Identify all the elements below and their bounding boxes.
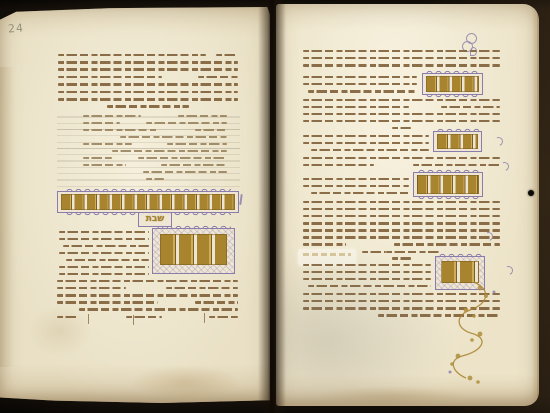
- text-segment: [126, 316, 162, 319]
- text-line: [303, 199, 500, 206]
- text-segment: [58, 76, 162, 79]
- gold-initial-word: [160, 234, 227, 265]
- text-segment: [303, 271, 431, 274]
- text-line: [57, 300, 238, 307]
- gold-display-letters: [417, 175, 479, 194]
- text-block-para2: [83, 113, 227, 183]
- gutter-shadow: [258, 0, 286, 413]
- text-segment: [303, 135, 429, 138]
- folio-number: 24: [8, 21, 25, 35]
- text-line: [83, 113, 227, 120]
- text-segment: [392, 257, 412, 260]
- penwork-curl-icon: [499, 161, 511, 173]
- text-segment: [59, 231, 149, 234]
- text-segment: [195, 301, 238, 304]
- text-segment: [57, 301, 158, 304]
- text-segment: [57, 287, 126, 290]
- text-line: [303, 190, 409, 197]
- text-segment: [303, 50, 500, 53]
- text-segment: [303, 76, 417, 79]
- text-segment: [59, 252, 149, 255]
- text-line: [303, 81, 417, 88]
- text-line: [303, 133, 429, 140]
- parchment-stain: [0, 67, 16, 367]
- text-block-p3side: [303, 176, 409, 197]
- text-line: [59, 264, 149, 271]
- text-segment: [59, 238, 149, 241]
- descender-stroke-icon: [88, 314, 89, 324]
- text-segment: [58, 54, 206, 57]
- text-segment: [59, 273, 149, 276]
- text-segment: [146, 178, 163, 181]
- text-segment: [83, 164, 126, 167]
- text-line: [83, 141, 227, 148]
- text-segment: [303, 264, 431, 267]
- text-segment: [216, 54, 238, 57]
- text-segment: [83, 157, 112, 160]
- text-line: [303, 242, 500, 249]
- text-segment: [303, 106, 409, 109]
- gold-display-letters: [437, 134, 478, 149]
- text-segment: [386, 251, 441, 254]
- text-segment: [303, 164, 374, 167]
- text-line: [303, 176, 409, 183]
- text-segment: [303, 113, 500, 116]
- penwork-scallops-icon: [417, 168, 480, 173]
- text-segment: [58, 68, 238, 71]
- text-segment: [146, 122, 227, 125]
- text-segment: [112, 150, 227, 153]
- text-segment: [392, 127, 412, 130]
- text-segment: [120, 136, 227, 139]
- penwork-scallops-icon: [438, 252, 482, 257]
- text-segment: [161, 164, 227, 167]
- text-segment: [58, 98, 238, 101]
- text-segment: [303, 229, 500, 232]
- text-segment: [311, 149, 429, 152]
- text-segment: [83, 122, 120, 125]
- text-segment: [58, 91, 238, 94]
- descender-stroke-icon: [204, 313, 205, 323]
- text-line: [303, 269, 431, 276]
- text-line: [58, 74, 238, 81]
- text-segment: [58, 61, 238, 64]
- text-line: [303, 118, 500, 125]
- text-line: [58, 59, 238, 66]
- text-segment: [209, 316, 238, 319]
- text-line: [303, 262, 431, 269]
- text-segment: [59, 266, 149, 269]
- gilded-word-panel-b: [433, 131, 482, 152]
- illuminated-heading-band: [57, 191, 239, 213]
- text-line: [303, 183, 409, 190]
- text-segment: [83, 143, 132, 146]
- left-page: 24 שבת: [0, 7, 270, 403]
- text-segment: [303, 64, 500, 67]
- gold-marginal-flourish: [444, 280, 522, 388]
- text-segment: [303, 201, 500, 204]
- text-segment: [303, 178, 409, 181]
- text-line: [57, 307, 238, 314]
- text-line: [58, 96, 238, 103]
- text-line: [303, 97, 500, 104]
- text-line: [59, 236, 149, 243]
- text-line: [303, 220, 500, 227]
- text-line: [83, 169, 227, 176]
- text-block-p4: [303, 199, 500, 249]
- text-segment: [303, 215, 500, 218]
- text-segment: [57, 316, 79, 319]
- text-segment: [441, 106, 500, 109]
- penwork-scallops-icon: [156, 224, 231, 229]
- text-line: [303, 213, 500, 220]
- text-segment: [138, 157, 227, 160]
- text-line: [303, 227, 500, 234]
- text-line: [303, 104, 500, 111]
- text-segment: [303, 83, 417, 86]
- text-segment: [143, 171, 227, 174]
- text-segment: [311, 192, 409, 195]
- text-line: [58, 67, 238, 74]
- text-line: [303, 48, 500, 55]
- text-line: [57, 285, 238, 292]
- text-segment: [362, 251, 386, 254]
- penwork-curl-icon: [493, 136, 505, 148]
- text-segment: [83, 129, 158, 132]
- text-segment: [308, 285, 431, 288]
- text-block-p1: [303, 48, 500, 70]
- text-line: [57, 292, 238, 299]
- text-line: [303, 74, 417, 81]
- text-segment: [303, 243, 346, 246]
- penwork-tail-icon: [239, 194, 243, 205]
- text-block-p6side: [303, 262, 431, 290]
- text-line: [83, 120, 227, 127]
- penwork-scallops-icon: [425, 69, 479, 74]
- right-page: [276, 4, 539, 406]
- text-segment: [413, 164, 500, 167]
- text-line: [59, 229, 149, 236]
- text-line: [303, 283, 431, 290]
- text-segment: [63, 245, 149, 248]
- text-segment: [308, 90, 417, 93]
- text-line: [58, 82, 238, 89]
- text-segment: [167, 143, 227, 146]
- text-line: [303, 88, 417, 95]
- text-segment: [303, 208, 500, 211]
- text-line: [59, 257, 149, 264]
- text-line: [83, 134, 227, 141]
- penwork-scallops-icon: [65, 187, 231, 192]
- text-block-p1side: [303, 74, 417, 96]
- ruling-lines: [57, 111, 240, 191]
- text-segment: [198, 76, 238, 79]
- text-line: [303, 140, 429, 147]
- text-line: [59, 243, 149, 250]
- text-line: [303, 276, 431, 283]
- text-segment: [303, 57, 500, 60]
- descender-stroke-icon: [133, 315, 134, 325]
- text-line: [303, 155, 500, 162]
- text-block-para1: [58, 52, 238, 111]
- parchment-stain: [130, 365, 240, 399]
- penwork-scallops-icon: [436, 127, 479, 132]
- text-line: [303, 206, 500, 213]
- text-line: [303, 111, 500, 118]
- initial-word-panel: [152, 228, 235, 274]
- text-segment: [57, 280, 238, 283]
- text-segment: [303, 185, 409, 188]
- text-segment: [57, 294, 238, 297]
- text-line: [303, 234, 500, 241]
- gilded-word-panel-c: [413, 172, 483, 197]
- text-segment: [166, 287, 238, 290]
- text-segment: [58, 83, 238, 86]
- text-line: [59, 250, 149, 257]
- text-block-column: [59, 229, 149, 278]
- text-line: [59, 271, 149, 278]
- text-segment: [79, 308, 238, 311]
- heading-word: שבת: [146, 215, 164, 224]
- text-line: [57, 314, 238, 321]
- text-segment: [303, 278, 431, 281]
- text-segment: [303, 99, 500, 102]
- text-segment: [303, 142, 429, 145]
- text-line: [83, 162, 227, 169]
- text-segment: [66, 259, 149, 262]
- text-line: [83, 176, 227, 183]
- text-line: [58, 89, 238, 96]
- wormhole: [528, 190, 534, 196]
- parchment-stain: [316, 386, 466, 406]
- text-segment: [107, 105, 190, 108]
- text-block-p2side: [303, 133, 429, 154]
- text-segment: [178, 115, 227, 118]
- text-segment: [303, 236, 500, 239]
- text-line: [303, 55, 500, 62]
- text-segment: [303, 120, 500, 123]
- text-line: [57, 278, 238, 285]
- text-line: [83, 127, 227, 134]
- text-segment: [394, 243, 500, 246]
- text-segment: [83, 115, 141, 118]
- text-line: [83, 155, 227, 162]
- text-segment: [195, 129, 227, 132]
- text-line: [58, 52, 238, 59]
- gilded-word-panel-a: [422, 73, 483, 95]
- text-segment: [303, 222, 500, 225]
- text-block-para3: [57, 278, 238, 321]
- gold-display-letters: [426, 76, 479, 92]
- text-line: [303, 147, 429, 154]
- gold-display-letters: [61, 194, 235, 210]
- text-line: [83, 148, 227, 155]
- text-segment: [303, 157, 500, 160]
- penwork-curl-icon: [503, 265, 515, 277]
- manuscript-photograph: 24 שבת: [0, 0, 550, 413]
